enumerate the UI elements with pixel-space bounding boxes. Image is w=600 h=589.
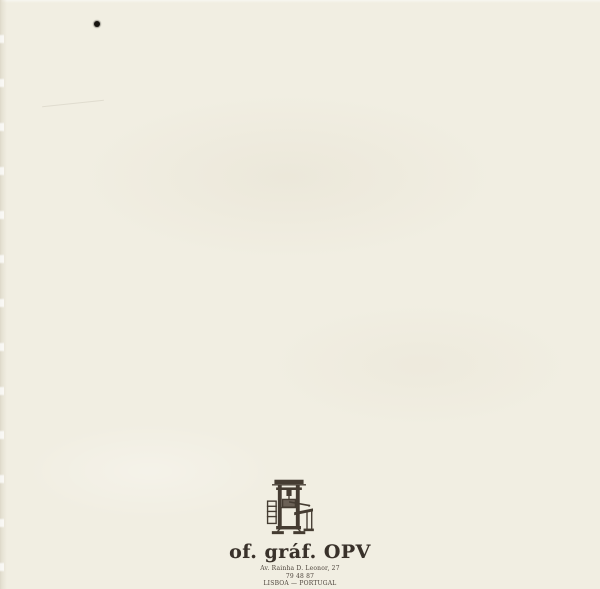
printer-address-block: Av. Rainha D. Leonor, 27 79 48 87 LISBOA… — [0, 565, 600, 588]
ink-dot — [94, 21, 100, 27]
paper-crease — [42, 100, 104, 107]
printer-name: of. gráf. OPV — [0, 542, 600, 562]
scanned-page: of. gráf. OPV Av. Rainha D. Leonor, 27 7… — [0, 0, 600, 589]
printer-city-line: LISBOA — PORTUGAL — [0, 580, 600, 588]
printer-phone: 79 48 87 — [0, 573, 600, 581]
printing-press-icon — [263, 478, 315, 538]
colophon: of. gráf. OPV Av. Rainha D. Leonor, 27 7… — [0, 478, 600, 588]
printer-address-line: Av. Rainha D. Leonor, 27 — [0, 565, 600, 573]
